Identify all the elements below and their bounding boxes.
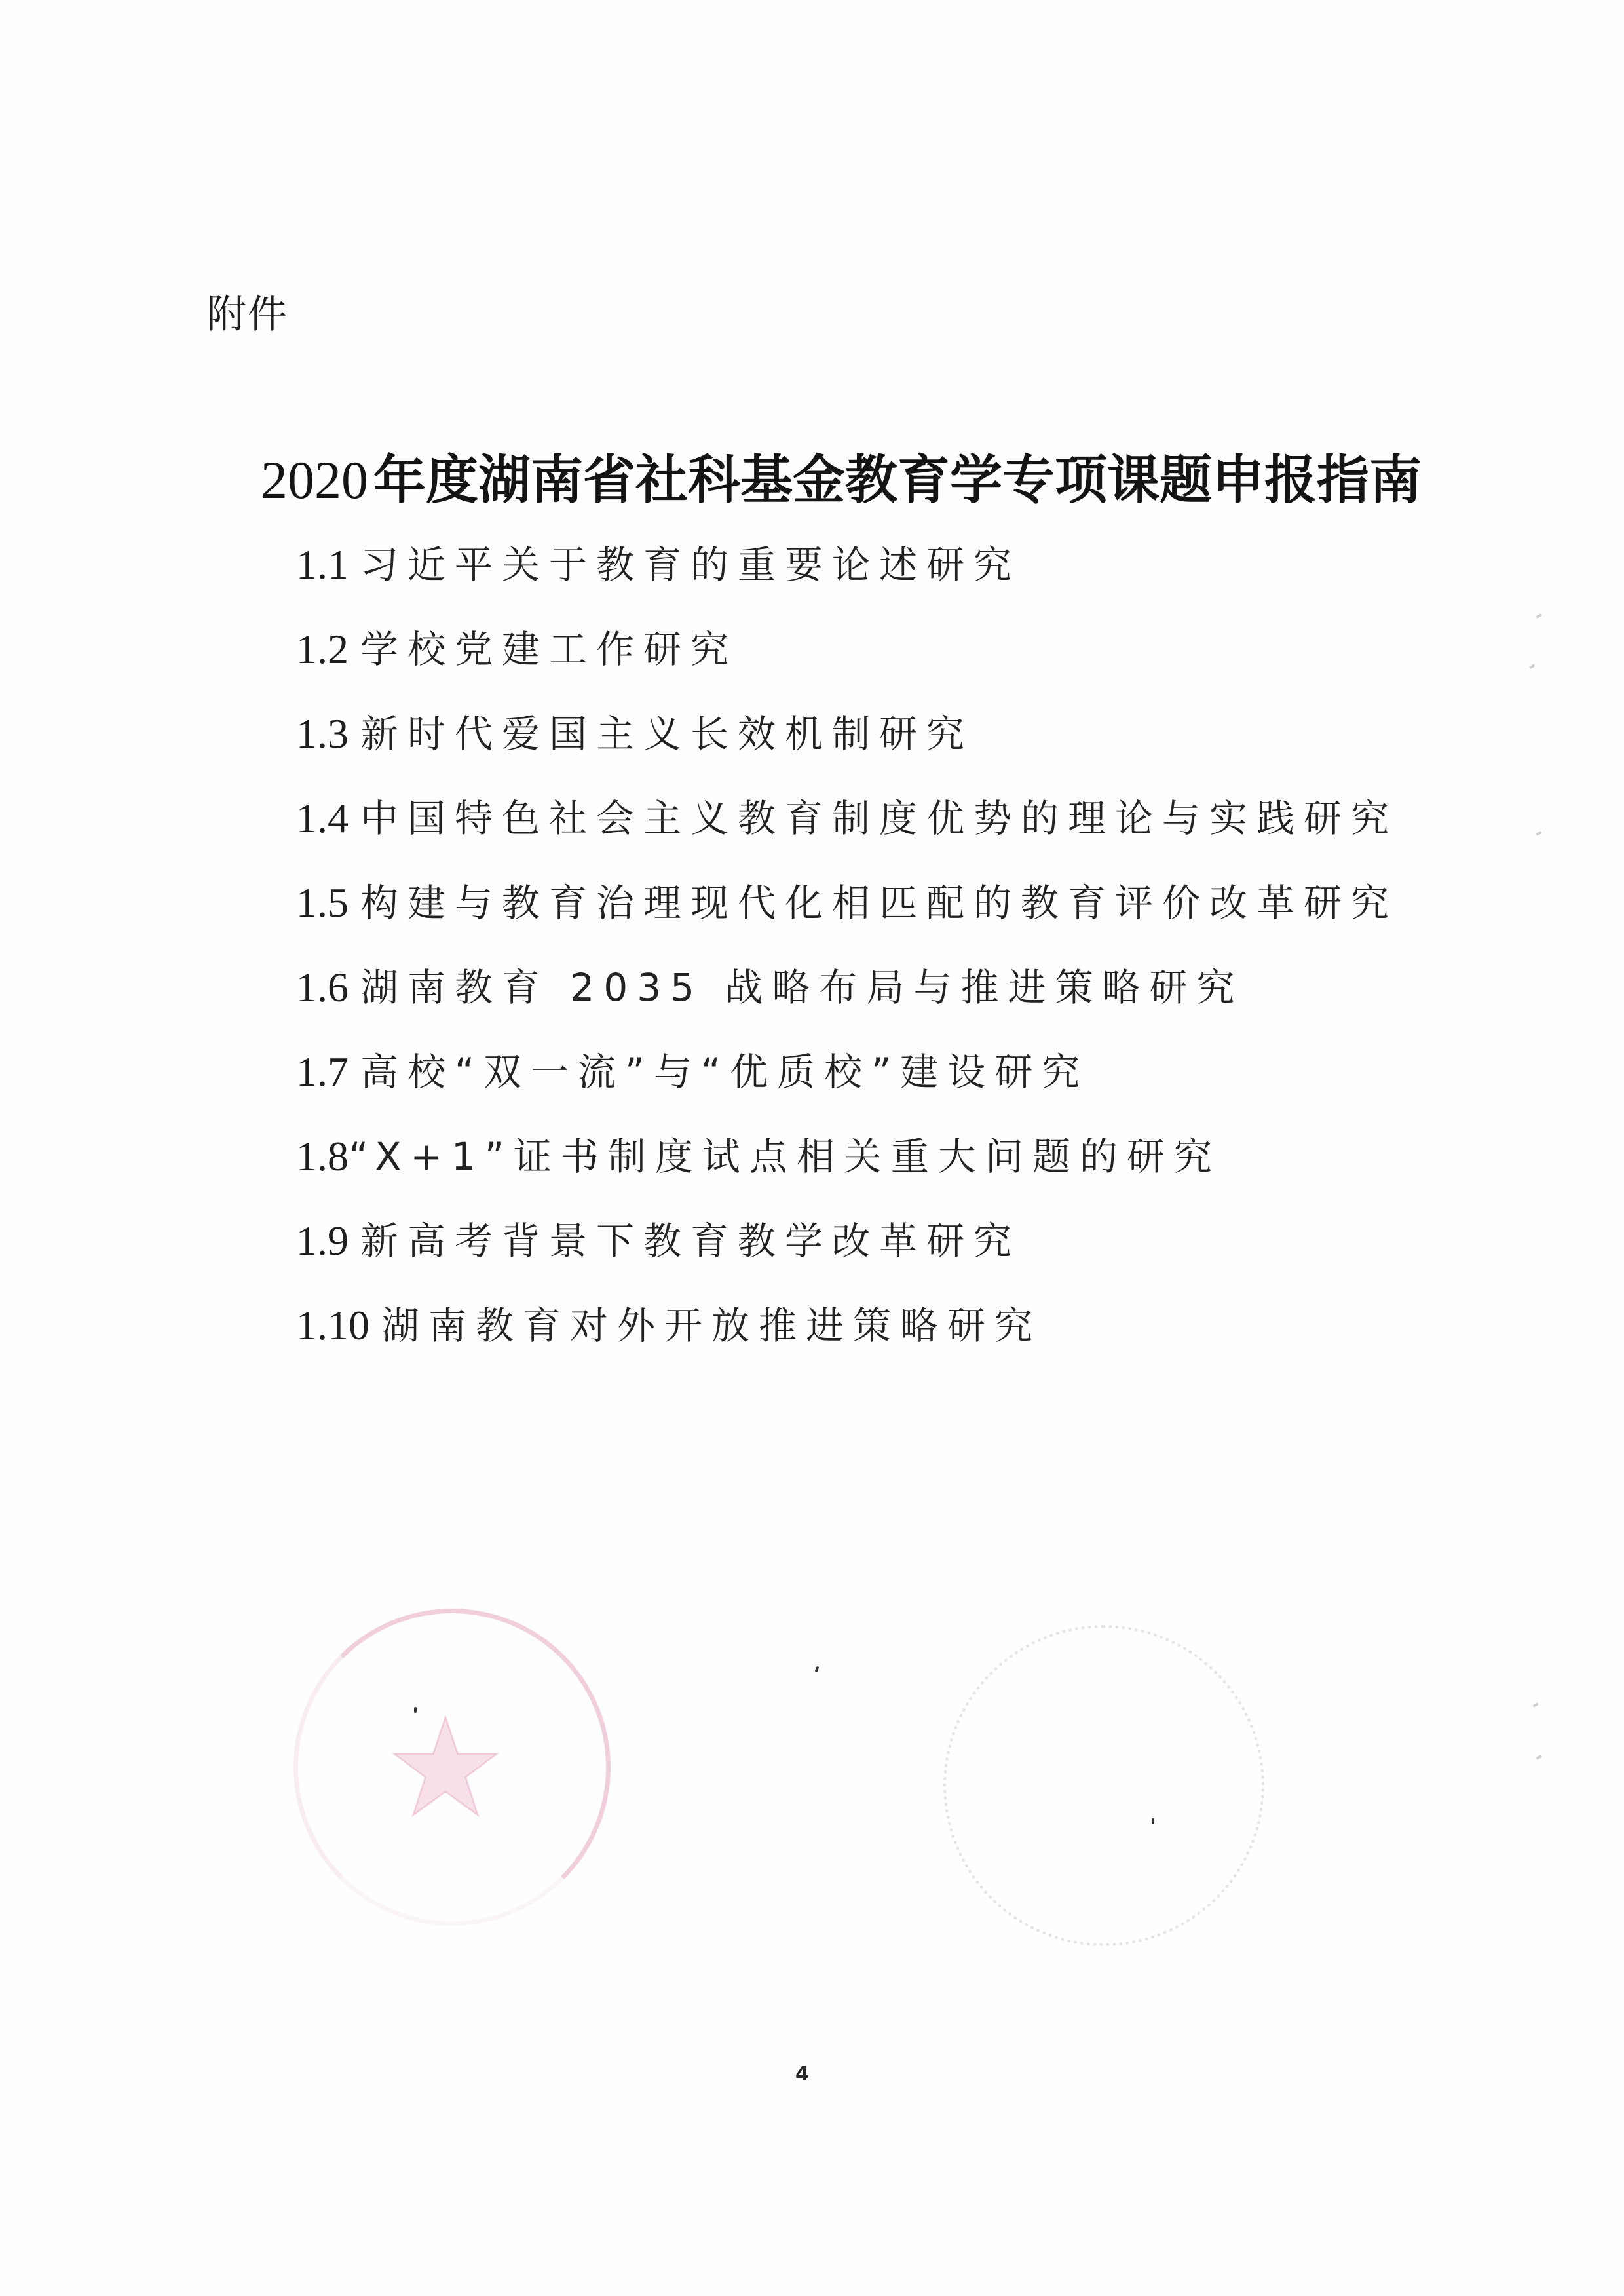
document-title: 2020年度湖南省社科基金教育学专项课题申报指南 bbox=[261, 448, 1368, 512]
topic-number: 1.1 bbox=[296, 536, 349, 594]
scan-artifact bbox=[1530, 664, 1536, 668]
topic-number: 1.6 bbox=[296, 959, 349, 1016]
topic-item: 1.4 中国特色社会主义教育制度优势的理论与实践研究 bbox=[296, 790, 1398, 874]
topic-text: 学校党建工作研究 bbox=[360, 621, 738, 678]
scan-artifact bbox=[414, 1707, 417, 1713]
topic-item: 1.1 习近平关于教育的重要论述研究 bbox=[296, 536, 1398, 621]
official-seal-star-icon bbox=[293, 1609, 611, 1926]
topic-item: 1.6 湖南教育 2035 战略布局与推进策略研究 bbox=[296, 959, 1398, 1043]
topic-number: 1.9 bbox=[296, 1212, 349, 1270]
topic-text: 高校“双一流”与“优质校”建设研究 bbox=[360, 1043, 1089, 1101]
topic-number: 1.2 bbox=[296, 621, 349, 678]
topic-item: 1.3 新时代爱国主义长效机制研究 bbox=[296, 705, 1398, 790]
topic-list: 1.1 习近平关于教育的重要论述研究 1.2 学校党建工作研究 1.3 新时代爱… bbox=[296, 536, 1398, 1381]
title-year: 2020 bbox=[261, 450, 368, 510]
star-icon bbox=[390, 1712, 501, 1823]
document-page: 附件 2020年度湖南省社科基金教育学专项课题申报指南 1.1 习近平关于教育的… bbox=[0, 0, 1624, 2296]
topic-number: 1.10 bbox=[296, 1297, 369, 1354]
topic-number: 1.8 bbox=[296, 1128, 349, 1185]
topic-text: 习近平关于教育的重要论述研究 bbox=[360, 536, 1021, 594]
scan-artifact bbox=[1536, 613, 1542, 618]
topic-item: 1.7 高校“双一流”与“优质校”建设研究 bbox=[296, 1043, 1398, 1128]
attachment-label: 附件 bbox=[207, 288, 288, 341]
topic-item: 1.8 “X+1”证书制度试点相关重大问题的研究 bbox=[296, 1128, 1398, 1212]
topic-text: “X+1”证书制度试点相关重大问题的研究 bbox=[349, 1128, 1221, 1185]
topic-text: 新时代爱国主义长效机制研究 bbox=[360, 705, 973, 763]
topic-item: 1.10 湖南教育对外开放推进策略研究 bbox=[296, 1297, 1398, 1381]
topic-number: 1.3 bbox=[296, 705, 349, 763]
page-number: 4 bbox=[795, 2061, 809, 2088]
scan-artifact bbox=[1533, 1702, 1539, 1707]
topic-number: 1.7 bbox=[296, 1043, 349, 1101]
topic-text: 湖南教育 2035 战略布局与推进策略研究 bbox=[360, 959, 1243, 1016]
topic-text: 中国特色社会主义教育制度优势的理论与实践研究 bbox=[360, 790, 1398, 847]
topic-item: 1.2 学校党建工作研究 bbox=[296, 621, 1398, 705]
topic-text: 构建与教育治理现代化相匹配的教育评价改革研究 bbox=[360, 874, 1398, 932]
topic-text: 湖南教育对外开放推进策略研究 bbox=[381, 1297, 1042, 1354]
title-text: 年度湖南省社科基金教育学专项课题申报指南 bbox=[373, 449, 1422, 510]
topic-item: 1.9 新高考背景下教育教学改革研究 bbox=[296, 1212, 1398, 1297]
scan-artifact bbox=[1536, 1755, 1542, 1759]
scan-artifact bbox=[1536, 831, 1542, 835]
scan-artifact bbox=[815, 1666, 820, 1673]
official-seal-icon bbox=[943, 1625, 1264, 1946]
topic-text: 新高考背景下教育教学改革研究 bbox=[360, 1212, 1021, 1270]
scan-artifact bbox=[1152, 1818, 1154, 1824]
topic-number: 1.5 bbox=[296, 874, 349, 932]
topic-number: 1.4 bbox=[296, 790, 349, 847]
topic-item: 1.5 构建与教育治理现代化相匹配的教育评价改革研究 bbox=[296, 874, 1398, 959]
